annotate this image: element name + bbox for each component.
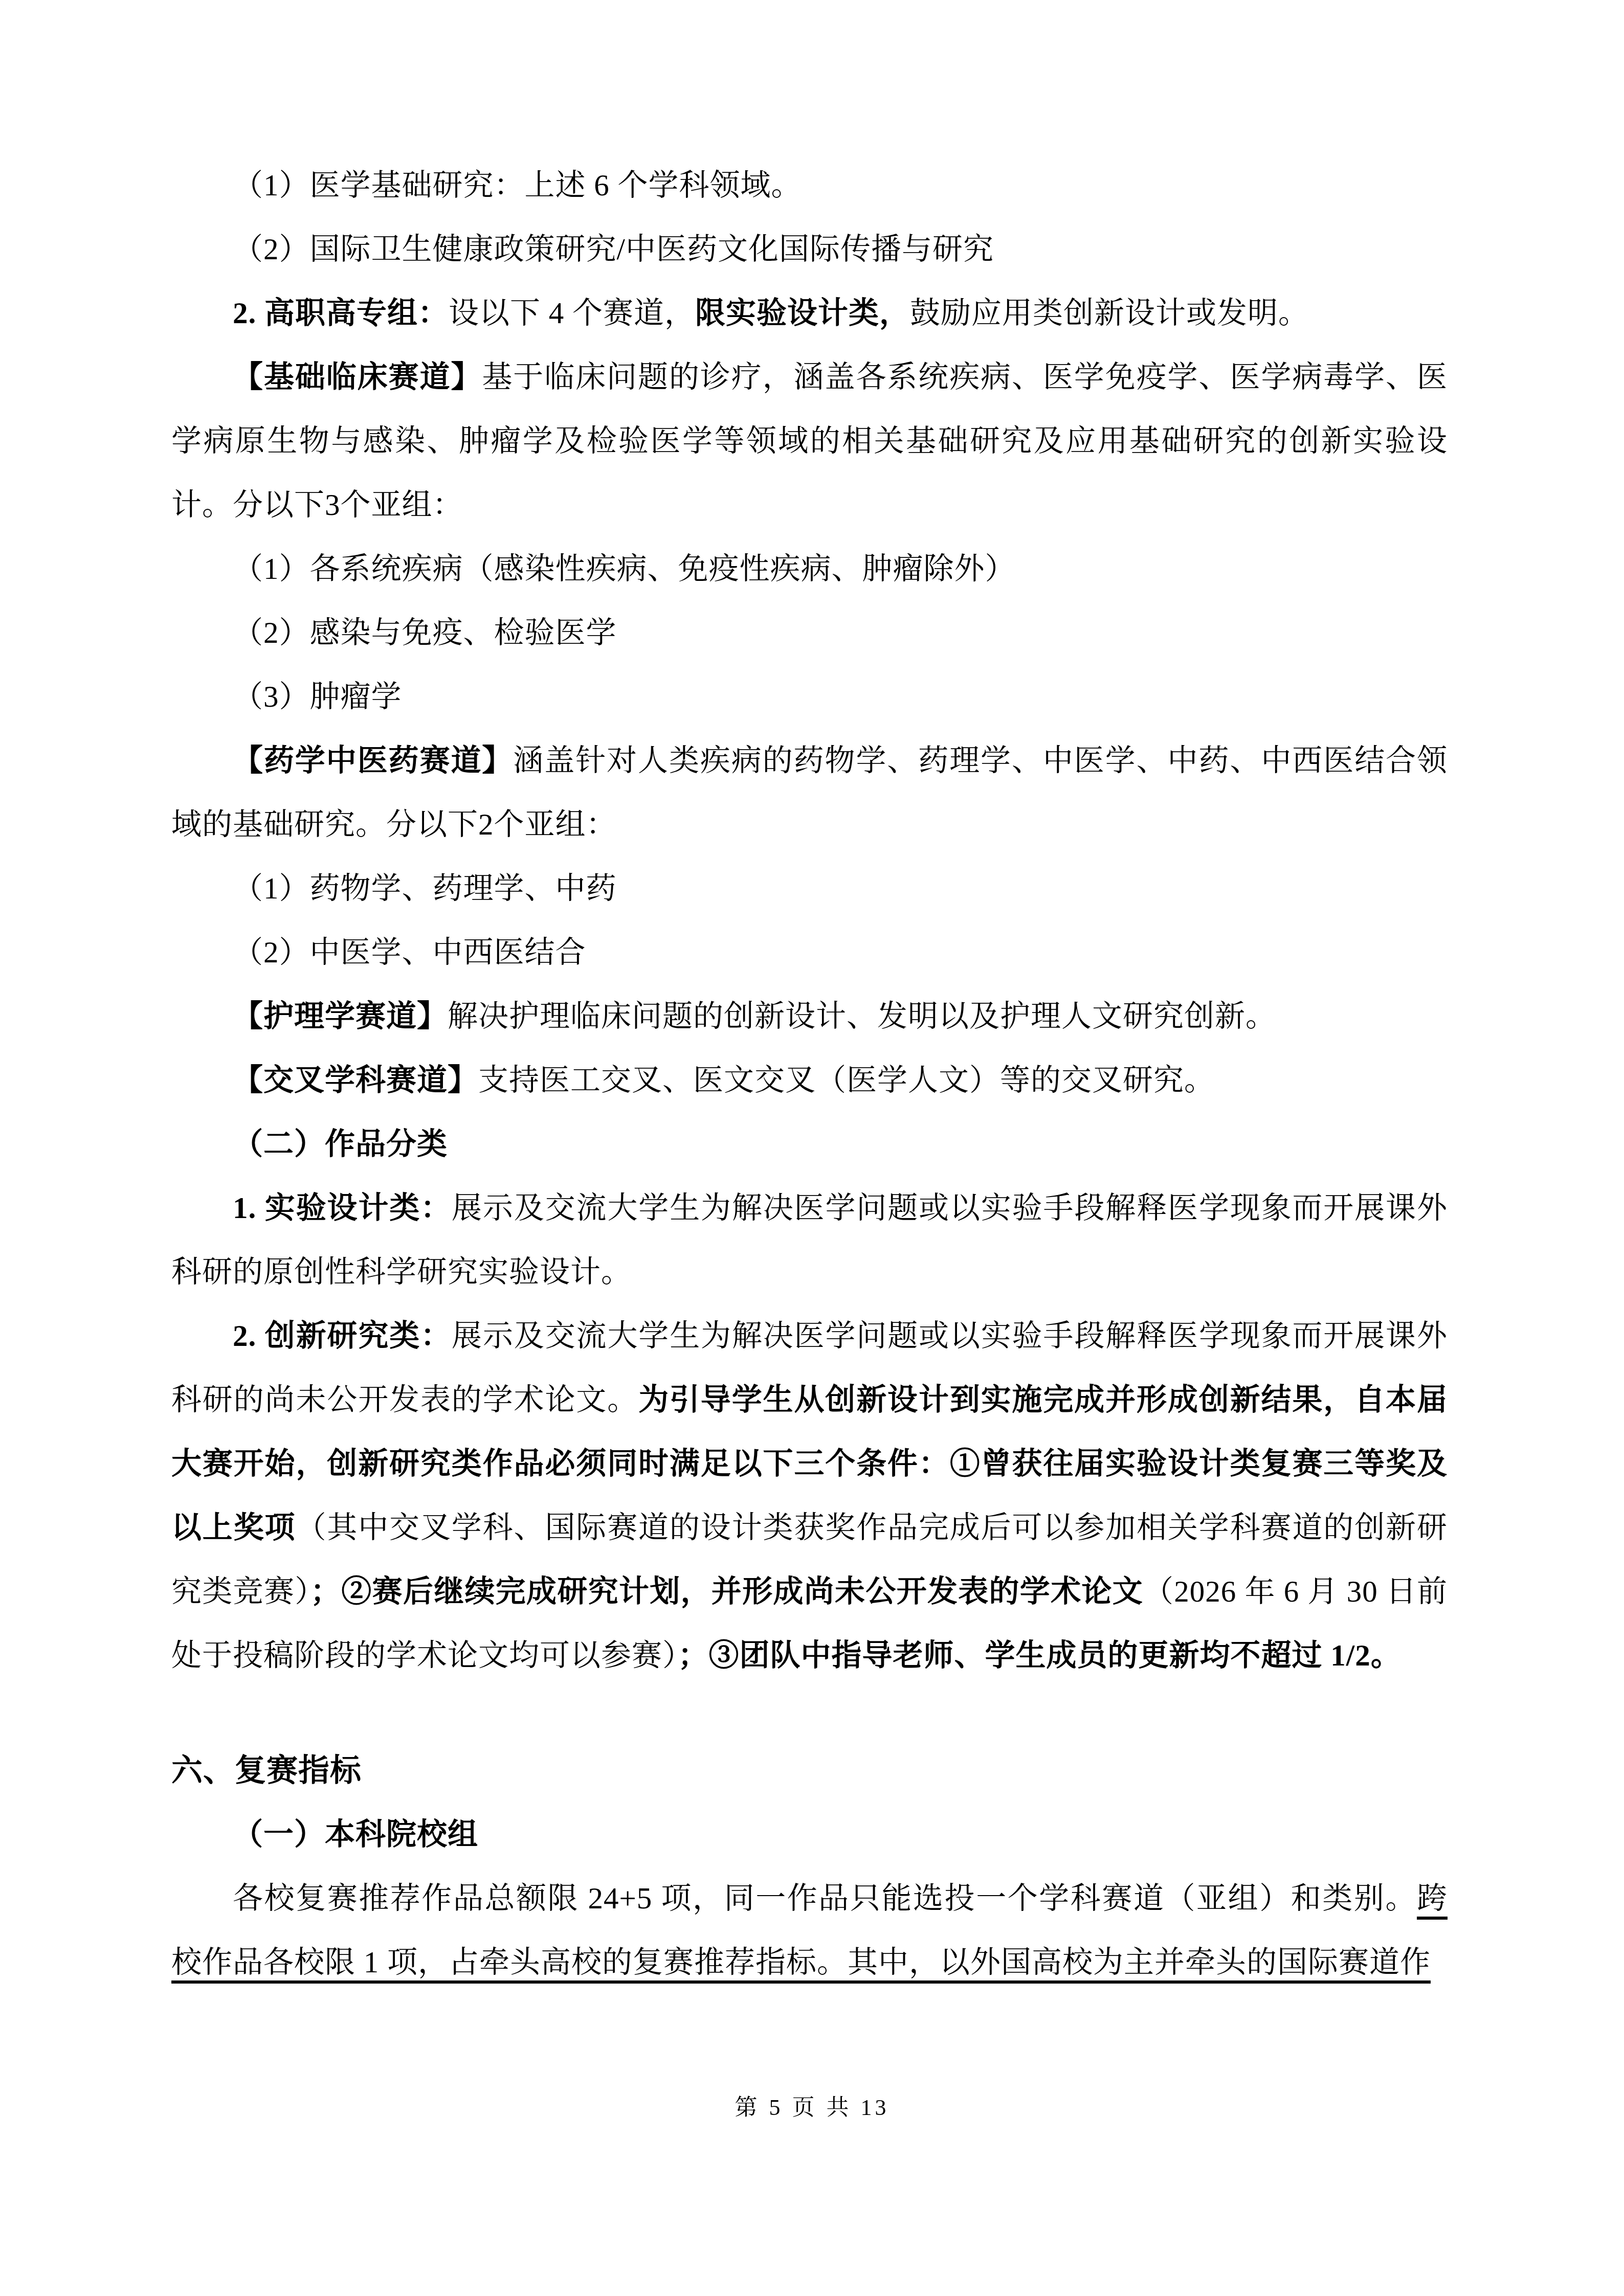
text-segment: 【药学中医药赛道】 — [233, 744, 513, 777]
text-segment: 各校复赛推荐作品总额限 24+5 项，同一作品只能选投一个学科赛道（亚组）和类别… — [233, 1881, 1417, 1915]
paragraph-body: 【药学中医药赛道】涵盖针对人类疾病的药物学、药理学、中医学、中药、中西医结合领域… — [171, 729, 1448, 857]
text-segment: 鼓励应用类创新设计或发明。 — [910, 296, 1309, 330]
text-segment: ；②赛后继续完成研究计划，并形成尚未公开发表的学术论文 — [310, 1574, 1143, 1608]
text-segment: （2）中医学、中西医结合 — [233, 935, 586, 969]
paragraph-body: （2）国际卫生健康政策研究/中医药文化国际传播与研究 — [171, 217, 1448, 281]
page-number: 第 5 页 共 13 — [735, 2095, 889, 2120]
paragraph-body: 1. 实验设计类：展示及交流大学生为解决医学问题或以实验手段解释医学现象而开展课… — [171, 1176, 1448, 1304]
paragraph-body: （2）感染与免疫、检验医学 — [171, 601, 1448, 665]
text-segment: 1. 实验设计类： — [233, 1191, 452, 1225]
paragraph-body: 【交叉学科赛道】支持医工交叉、医文交叉（医学人文）等的交叉研究。 — [171, 1048, 1448, 1112]
paragraph-body: （1）药物学、药理学、中药 — [171, 857, 1448, 920]
text-segment: 2. 高职高专组： — [233, 296, 449, 330]
paragraph-body: 2. 创新研究类：展示及交流大学生为解决医学问题或以实验手段解释医学现象而开展课… — [171, 1304, 1448, 1687]
paragraph-body: （2）中医学、中西医结合 — [171, 920, 1448, 984]
paragraph-body: 2. 高职高专组：设以下 4 个赛道，限实验设计类，鼓励应用类创新设计或发明。 — [171, 281, 1448, 345]
paragraph-subheading: （一）本科院校组 — [171, 1803, 1448, 1866]
paragraph-body: 各校复赛推荐作品总额限 24+5 项，同一作品只能选投一个学科赛道（亚组）和类别… — [171, 1866, 1448, 1994]
text-segment: （1）医学基础研究：上述 6 个学科领域。 — [233, 168, 802, 202]
text-segment: 【基础临床赛道】 — [233, 360, 482, 394]
text-segment: （一）本科院校组 — [233, 1817, 478, 1851]
paragraph-body: （1）各系统疾病（感染性疾病、免疫性疾病、肿瘤除外） — [171, 537, 1448, 601]
document-page: （1）医学基础研究：上述 6 个学科领域。（2）国际卫生健康政策研究/中医药文化… — [0, 0, 1624, 2296]
text-segment: （2）国际卫生健康政策研究/中医药文化国际传播与研究 — [233, 232, 994, 266]
paragraph-body: 【基础临床赛道】基于临床问题的诊疗，涵盖各系统疾病、医学免疫学、医学病毒学、医学… — [171, 345, 1448, 537]
text-segment: 2. 创新研究类： — [233, 1319, 452, 1353]
paragraph-body: （1）医学基础研究：上述 6 个学科领域。 — [171, 153, 1448, 217]
text-segment: 设以下 4 个赛道， — [449, 296, 695, 330]
text-segment: 【交叉学科赛道】 — [233, 1063, 478, 1097]
text-segment: 限实验设计类， — [695, 296, 910, 330]
text-segment: （2）感染与免疫、检验医学 — [233, 616, 617, 649]
text-segment: 解决护理临床问题的创新设计、发明以及护理人文研究创新。 — [448, 999, 1276, 1033]
text-segment: 六、复赛指标 — [171, 1753, 362, 1788]
paragraph-subheading: （二）作品分类 — [171, 1112, 1448, 1176]
text-segment: ；③团队中指导老师、学生成员的更新均不超过 1/2。 — [678, 1638, 1401, 1672]
text-segment: （3）肿瘤学 — [233, 680, 402, 713]
page-footer: 第 5 页 共 13 — [0, 2089, 1624, 2122]
text-segment: （二）作品分类 — [233, 1127, 448, 1161]
paragraph-heading: 六、复赛指标 — [171, 1739, 1448, 1803]
text-segment: 支持医工交叉、医文交叉（医学人文）等的交叉研究。 — [478, 1063, 1215, 1097]
text-segment: （1）各系统疾病（感染性疾病、免疫性疾病、肿瘤除外） — [233, 552, 1016, 586]
paragraph-body: （3）肿瘤学 — [171, 665, 1448, 729]
paragraph-body: 【护理学赛道】解决护理临床问题的创新设计、发明以及护理人文研究创新。 — [171, 984, 1448, 1048]
text-segment: （1）药物学、药理学、中药 — [233, 871, 617, 905]
text-segment: 【护理学赛道】 — [233, 999, 448, 1033]
document-body: （1）医学基础研究：上述 6 个学科领域。（2）国际卫生健康政策研究/中医药文化… — [171, 153, 1448, 1994]
